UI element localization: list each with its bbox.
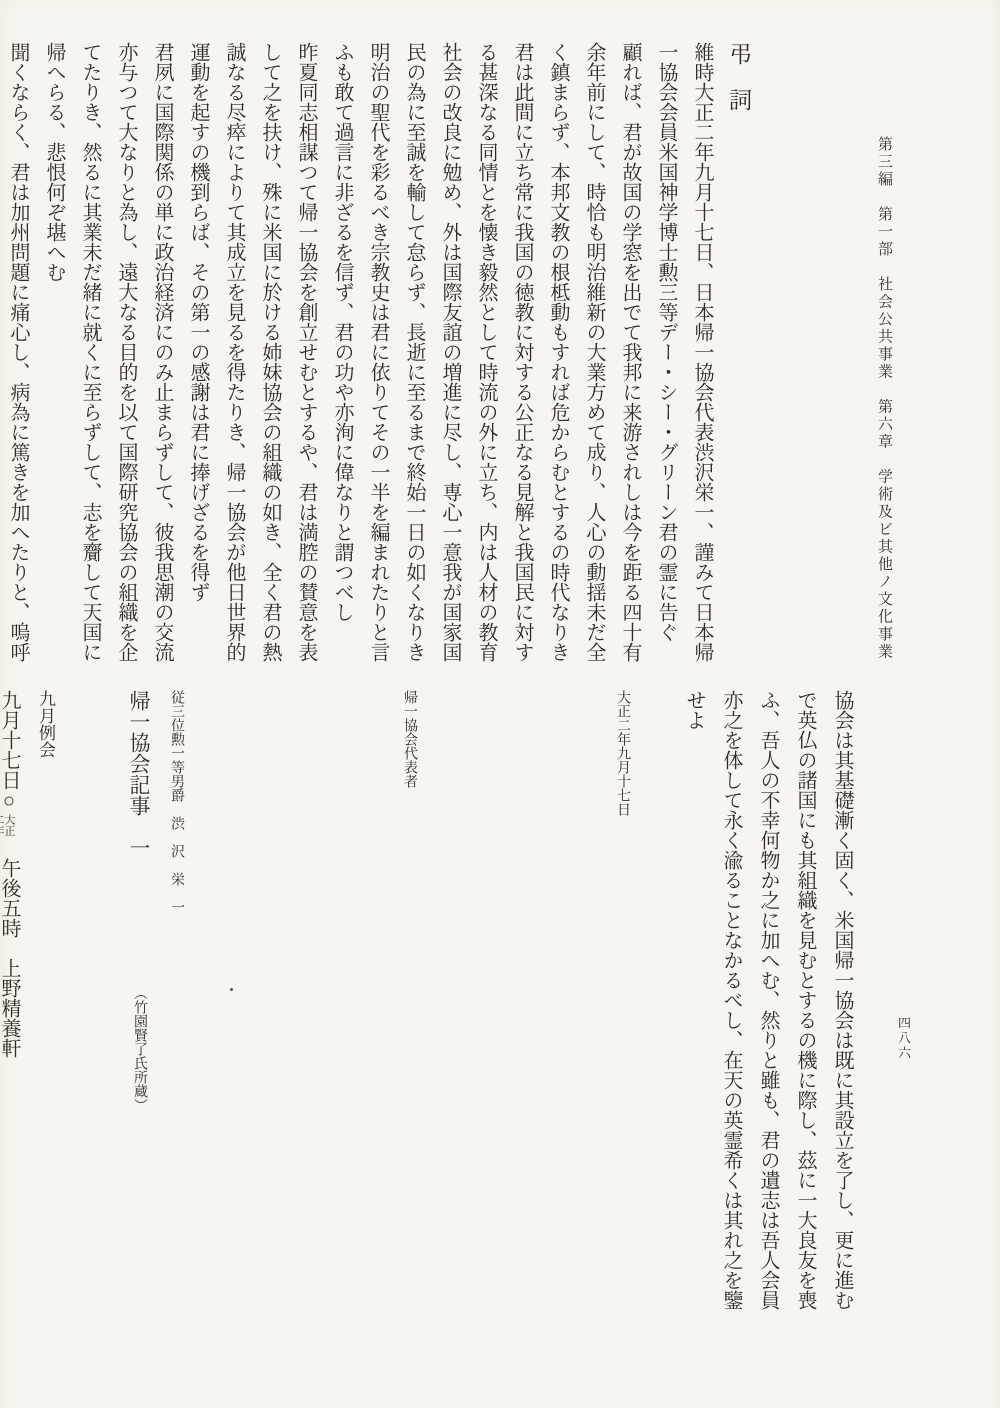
article-heading-column: 帰一協会記事 一（竹園賢了氏所蔵）: [120, 690, 158, 1322]
memorial-title: 弔 詞: [720, 42, 848, 672]
meeting-time-venue: 午後五時 上野精養軒: [0, 838, 20, 1058]
running-head: 第三編 第一部 社会公共事業 第六章 学術及ビ其他ノ文化事業: [874, 136, 895, 696]
meeting-date: 九月十七日○: [0, 690, 20, 812]
column-gap: [139, 858, 140, 986]
meeting-date-line: 九月十七日○大正二年 午後五時 上野精養軒: [0, 690, 27, 1322]
scanned-book-page: 第三編 第一部 社会公共事業 第六章 学術及ビ其他ノ文化事業 四八六 弔 詞 維…: [0, 0, 1000, 1408]
era-warichu-left: 二年: [0, 814, 3, 836]
memorial-paragraph: 維時大正二年九月十七日、日本帰一協会代表渋沢栄一、謹みて日本帰一協会会員米国神学…: [648, 42, 720, 672]
signer-name: 従三位勲一等男爵 渋 沢 栄 一: [158, 690, 391, 1322]
memorial-continuation: 協会は其基礎漸く固く、米国帰一協会は既に其設立を了し、更に進むで英仏の諸国にも其…: [675, 690, 860, 1322]
source-note: （竹園賢了氏所蔵）: [132, 986, 147, 1112]
memorial-paragraph: 君夙に国際関係の単に政治経済にのみ止まらずして、彼我思潮の交流亦与つて大なりと為…: [36, 42, 180, 672]
era-warichu: 大正二年: [0, 814, 14, 836]
memorial-section-lower: 協会は其基礎漸く固く、米国帰一協会は既に其設立を了し、更に進むで英仏の諸国にも其…: [45, 690, 860, 1322]
memorial-paragraph: 君は此間に立ち常に我国の徳教に対する公正なる見解と我国民に対する甚深なる同情とを…: [396, 42, 540, 672]
memorial-paragraph: 顧れば、君が故国の学窓を出でて我邦に来游されしは今を距る四十有余年前にして、時恰…: [540, 42, 648, 672]
article-heading: 帰一協会記事 一: [127, 690, 151, 858]
subheading-september-meeting: 九月例会: [27, 690, 120, 1322]
memorial-date: 大正二年九月十七日: [604, 690, 675, 1322]
page-number: 四八六: [894, 1016, 913, 1096]
memorial-section-upper: 弔 詞 維時大正二年九月十七日、日本帰一協会代表渋沢栄一、謹みて日本帰一協会会員…: [53, 42, 848, 672]
ink-speck: [230, 988, 233, 991]
memorial-paragraph: 聞くならく、君は加州問題に痛心し、病為に篤きを加へたりと、嗚呼君の至情厚誼は吾人…: [0, 42, 36, 672]
era-warichu-right: 大正: [3, 814, 14, 836]
memorial-paragraph: 明治の聖代を彩るべき宗教史は君に依りてその一半を編まれたりと言ふも敢て過言に非ざ…: [324, 42, 396, 672]
signer-title: 帰一協会代表者: [391, 690, 604, 1322]
memorial-paragraph: 昨夏同志相謀つて帰一協会を創立せむとするや、君は満腔の賛意を表して之を扶け、殊に…: [180, 42, 324, 672]
